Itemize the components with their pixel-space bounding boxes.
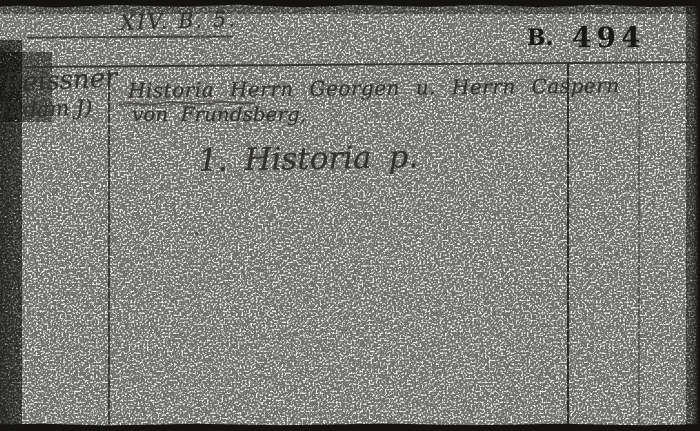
right-scan-edge xyxy=(691,0,700,431)
top-scan-edge xyxy=(0,0,700,8)
classmark-handwritten: XIV. B. 5. xyxy=(120,7,238,35)
title-line-1-handwritten: Historia Herrn Georgen u. Herrn Caspern xyxy=(128,73,620,102)
ink-speck xyxy=(195,232,198,235)
bottom-scan-edge xyxy=(0,423,700,431)
title-line-2-handwritten: von Frundsberg, xyxy=(132,102,306,126)
right-column-rule xyxy=(638,67,640,424)
author-column-rule xyxy=(108,70,110,424)
series-letter: B. xyxy=(527,25,553,51)
author-surname-handwritten: Reissner xyxy=(2,63,118,99)
catalog-card-scan: XIV. B. 5. B. 494 Reissner [Adam J) Hist… xyxy=(0,0,700,431)
shelf-number: 494 xyxy=(572,21,645,54)
author-forename-handwritten: [Adam J) xyxy=(0,95,93,122)
classmark-underline xyxy=(27,35,233,38)
middle-column-rule xyxy=(567,64,569,424)
item-entry-handwritten: 1. Historia p. xyxy=(198,139,419,179)
header-rule-line xyxy=(24,61,695,68)
